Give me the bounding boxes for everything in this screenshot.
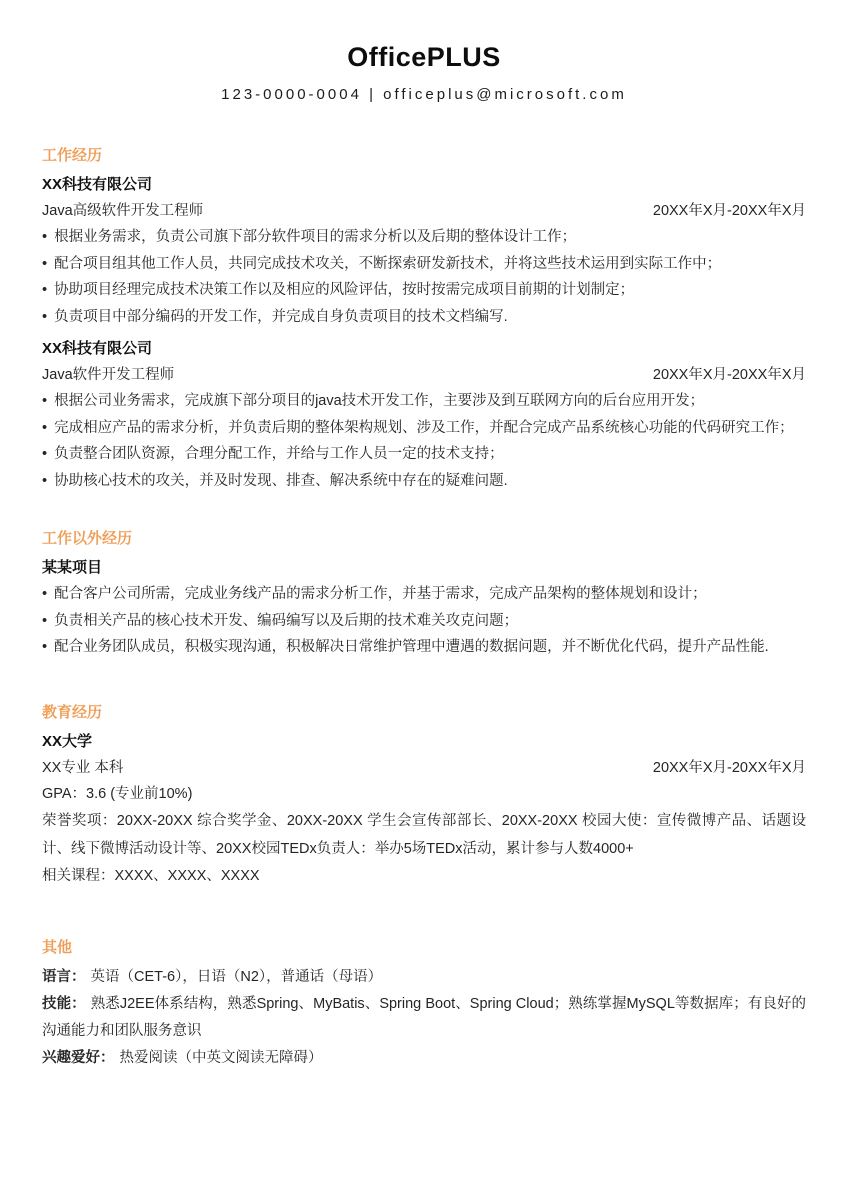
language-line: 语言：英语（CET-6），日语（N2），普通话（母语） (42, 964, 806, 991)
courses-line: 相关课程：XXXX、XXXX、XXXX (42, 863, 806, 889)
job-bullet: 配合项目组其他工作人员，共同完成技术攻关，不断探索研发新技术，并将这些技术运用到… (42, 251, 806, 278)
major-degree: XX专业 本科 (42, 755, 123, 781)
hobby-line: 兴趣爱好：热爱阅读（中英文阅读无障碍） (42, 1045, 806, 1072)
hobby-label: 兴趣爱好： (42, 1050, 115, 1066)
hobby-text: 热爱阅读（中英文阅读无障碍） (120, 1050, 323, 1066)
page-title: OfficePLUS (42, 42, 806, 72)
role-row: Java高级软件开发工程师 20XX年X月-20XX年X月 (42, 198, 806, 224)
project-name: 某某项目 (42, 555, 806, 581)
job-bullet: 负责项目中部分编码的开发工作，并完成自身负责项目的技术文档编写. (42, 304, 806, 331)
section-education: 教育经历 XX大学 XX专业 本科 20XX年X月-20XX年X月 GPA：3.… (42, 703, 806, 889)
skills-label: 技能： (42, 996, 86, 1012)
job-bullet-text: 根据公司业务需求，完成旗下部分项目的java技术开发工作，主要涉及到互联网方向的… (54, 388, 704, 415)
honors-line: 荣誉奖项：20XX-20XX 综合奖学金、20XX-20XX 学生会宣传部部长、… (42, 807, 806, 863)
section-extra-experience: 工作以外经历 某某项目 配合客户公司所需，完成业务线产品的需求分析工作，并基于需… (42, 529, 806, 661)
resume-content: OfficePLUS 123-0000-0004 | officeplus@mi… (0, 0, 848, 1072)
job-bullet-text: 根据业务需求，负责公司旗下部分软件项目的需求分析以及后期的整体设计工作； (54, 224, 576, 251)
project-bullet: 配合业务团队成员，积极实现沟通，积极解决日常维护管理中遭遇的数据问题，并不断优化… (42, 634, 806, 661)
job-title: Java软件开发工程师 (42, 362, 174, 388)
project-bullet-text: 配合客户公司所需，完成业务线产品的需求分析工作，并基于需求，完成产品架构的整体规… (54, 581, 707, 608)
contact-line: 123-0000-0004 | officeplus@microsoft.com (42, 85, 806, 105)
job-bullet: 根据公司业务需求，完成旗下部分项目的java技术开发工作，主要涉及到互联网方向的… (42, 388, 806, 415)
skills-line: 技能：熟悉J2EE体系结构，熟悉Spring、MyBatis、Spring Bo… (42, 991, 806, 1045)
job-bullet-text: 完成相应产品的需求分析，并负责后期的整体架构规划、涉及工作，并配合完成产品系统核… (54, 415, 794, 442)
section-heading-education: 教育经历 (42, 703, 806, 723)
project-bullet-text: 负责相关产品的核心技术开发、编码编写以及后期的技术难关攻克问题； (54, 608, 518, 635)
company-name: XX科技有限公司 (42, 336, 806, 362)
degree-row: XX专业 本科 20XX年X月-20XX年X月 (42, 755, 806, 781)
skills-text: 熟悉J2EE体系结构，熟悉Spring、MyBatis、Spring Boot、… (42, 996, 806, 1039)
job-date: 20XX年X月-20XX年X月 (653, 198, 806, 224)
section-heading-work: 工作经历 (42, 146, 806, 166)
role-row: Java软件开发工程师 20XX年X月-20XX年X月 (42, 362, 806, 388)
project-bullet-text: 配合业务团队成员，积极实现沟通，积极解决日常维护管理中遭遇的数据问题，并不断优化… (54, 634, 769, 661)
language-text: 英语（CET-6），日语（N2），普通话（母语） (91, 969, 383, 985)
job-bullet: 协助核心技术的攻关，并及时发现、排查、解决系统中存在的疑难问题. (42, 468, 806, 495)
job-bullet-text: 协助核心技术的攻关，并及时发现、排查、解决系统中存在的疑难问题. (54, 468, 508, 495)
job-bullet-text: 负责项目中部分编码的开发工作，并完成自身负责项目的技术文档编写. (54, 304, 508, 331)
resume-page: OfficePLUS 123-0000-0004 | officeplus@mi… (0, 0, 848, 1200)
language-label: 语言： (42, 969, 86, 985)
company-name: XX科技有限公司 (42, 172, 806, 198)
job-bullet: 负责整合团队资源，合理分配工作，并给与工作人员一定的技术支持； (42, 441, 806, 468)
job-bullet: 完成相应产品的需求分析，并负责后期的整体架构规划、涉及工作，并配合完成产品系统核… (42, 415, 806, 442)
section-heading-extra: 工作以外经历 (42, 529, 806, 549)
education-date: 20XX年X月-20XX年X月 (653, 755, 806, 781)
job-bullet: 根据业务需求，负责公司旗下部分软件项目的需求分析以及后期的整体设计工作； (42, 224, 806, 251)
job-bullet: 协助项目经理完成技术决策工作以及相应的风险评估，按时按需完成项目前期的计划制定； (42, 277, 806, 304)
section-heading-other: 其他 (42, 938, 806, 958)
section-other: 其他 语言：英语（CET-6），日语（N2），普通话（母语） 技能：熟悉J2EE… (42, 938, 806, 1072)
gpa-line: GPA：3.6 (专业前10%) (42, 781, 806, 807)
job-bullet-text: 协助项目经理完成技术决策工作以及相应的风险评估，按时按需完成项目前期的计划制定； (54, 277, 634, 304)
project-bullet: 负责相关产品的核心技术开发、编码编写以及后期的技术难关攻克问题； (42, 608, 806, 635)
school-name: XX大学 (42, 729, 806, 755)
section-work-experience: 工作经历 XX科技有限公司 Java高级软件开发工程师 20XX年X月-20XX… (42, 146, 806, 494)
job-title: Java高级软件开发工程师 (42, 198, 203, 224)
job-entry: XX科技有限公司 Java软件开发工程师 20XX年X月-20XX年X月 根据公… (42, 336, 806, 494)
job-date: 20XX年X月-20XX年X月 (653, 362, 806, 388)
job-bullet-text: 配合项目组其他工作人员，共同完成技术攻关，不断探索研发新技术，并将这些技术运用到… (54, 251, 721, 278)
project-bullet: 配合客户公司所需，完成业务线产品的需求分析工作，并基于需求，完成产品架构的整体规… (42, 581, 806, 608)
job-bullet-text: 负责整合团队资源，合理分配工作，并给与工作人员一定的技术支持； (54, 441, 504, 468)
job-entry: XX科技有限公司 Java高级软件开发工程师 20XX年X月-20XX年X月 根… (42, 172, 806, 330)
